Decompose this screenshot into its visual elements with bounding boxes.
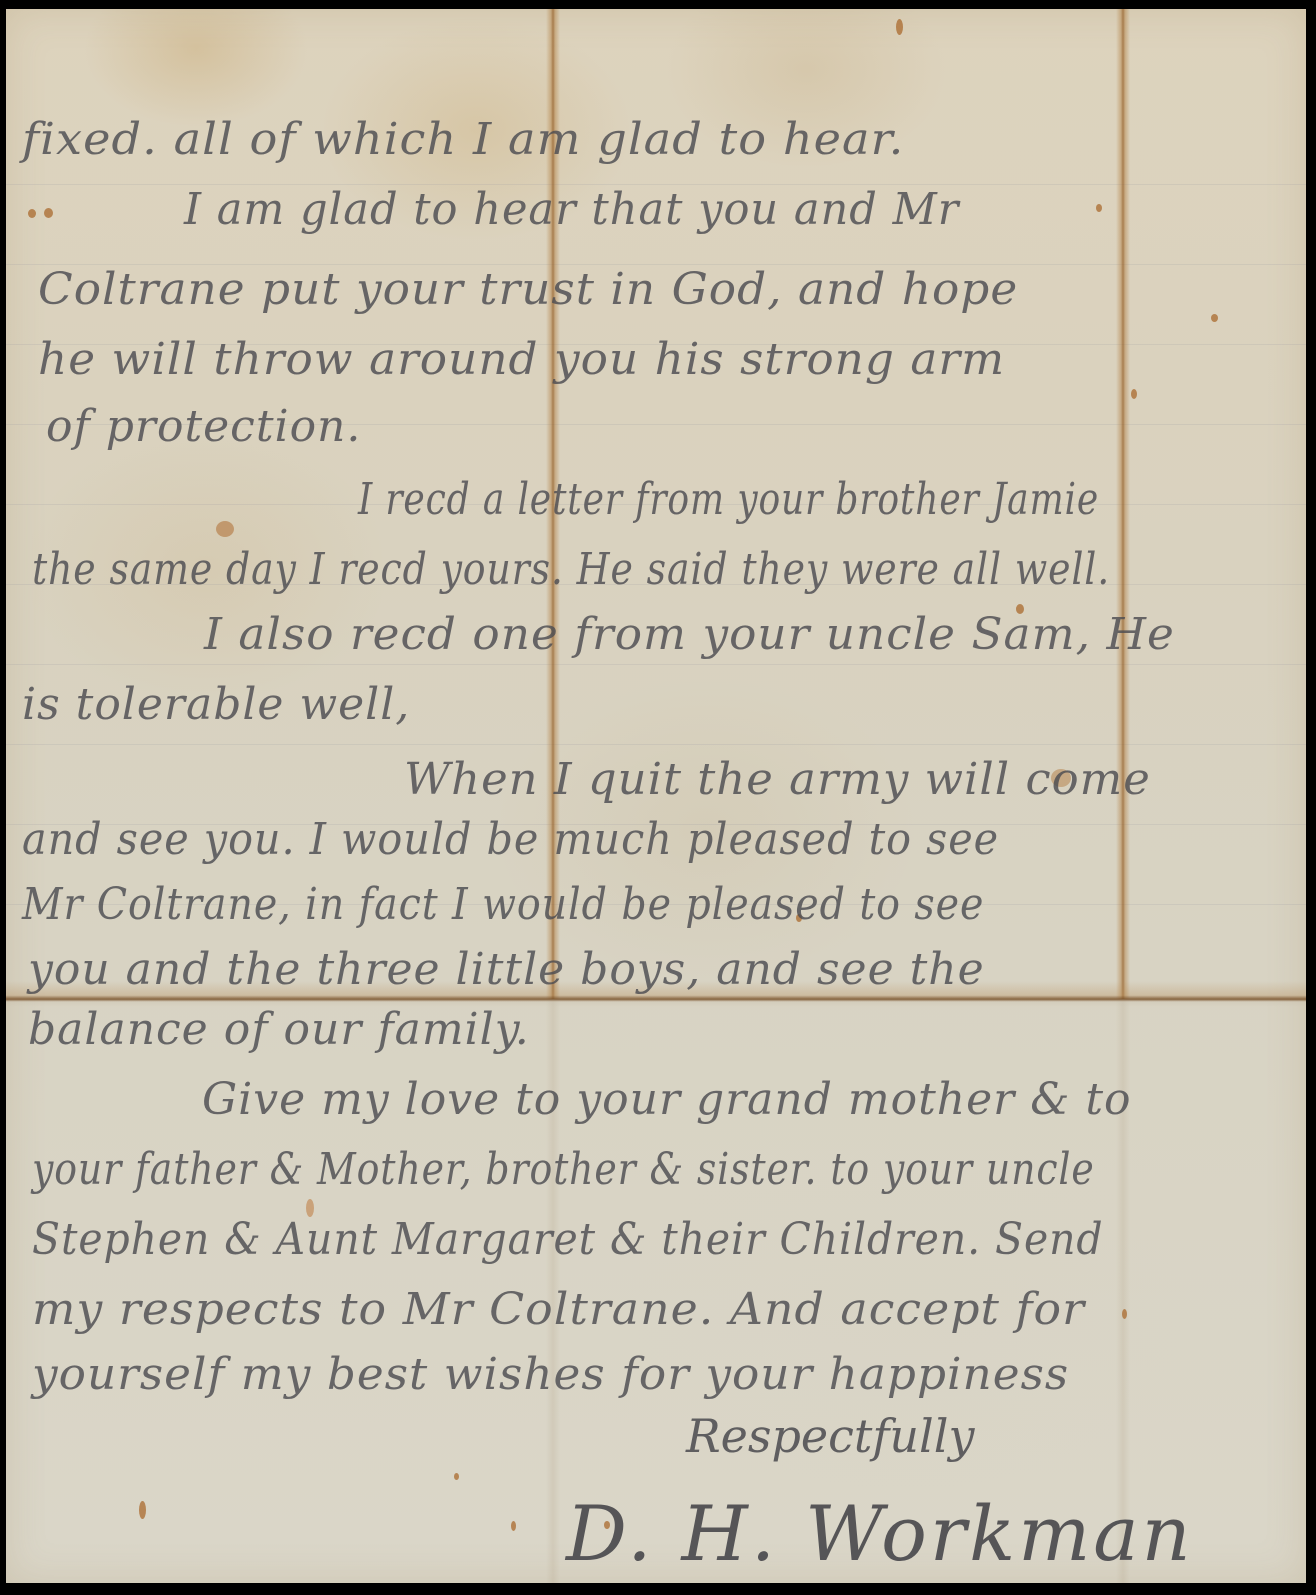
letter-line: he will throw around you his strong arm	[38, 334, 1005, 385]
foxing-stain	[28, 209, 36, 218]
letter-line: When I quit the army will come	[404, 754, 1151, 805]
foxing-stain	[896, 19, 903, 35]
foxing-stain	[1122, 1309, 1127, 1319]
letter-line: Stephen & Aunt Margaret & their Children…	[32, 1214, 1104, 1265]
foxing-stain	[454, 1473, 459, 1480]
letter-line: fixed. all of which I am glad to hear.	[22, 114, 904, 165]
letter-line: you and the three little boys, and see t…	[28, 944, 985, 995]
ruled-line	[6, 744, 1306, 745]
foxing-stain	[511, 1521, 516, 1531]
letter-line: my respects to Mr Coltrane. And accept f…	[32, 1284, 1085, 1335]
foxing-stain	[1211, 314, 1218, 322]
foxing-stain	[1096, 204, 1102, 212]
letter-line: I also recd one from your uncle Sam, He	[204, 609, 1175, 660]
letter-line: Coltrane put your trust in God, and hope	[38, 264, 1018, 315]
letter-closing: Respectfully	[686, 1409, 974, 1463]
letter-page: fixed. all of which I am glad to hear. I…	[6, 9, 1306, 1583]
foxing-stain	[139, 1501, 146, 1519]
letter-line: the same day I recd yours. He said they …	[32, 544, 1110, 595]
letter-signature: D. H. Workman	[566, 1489, 1194, 1578]
foxing-stain	[44, 208, 53, 218]
letter-line: is tolerable well,	[22, 679, 410, 730]
letter-line: balance of our family.	[28, 1004, 530, 1055]
letter-line: Mr Coltrane, in fact I would be pleased …	[22, 879, 984, 930]
letter-line: I recd a letter from your brother Jamie	[358, 474, 1099, 525]
foxing-stain	[1131, 389, 1137, 399]
letter-line: your father & Mother, brother & sister. …	[32, 1144, 1095, 1195]
ruled-line	[6, 664, 1306, 665]
letter-line: Give my love to your grand mother & to	[202, 1074, 1132, 1125]
vertical-fold-right	[1116, 9, 1130, 999]
foxing-stain	[216, 521, 234, 537]
letter-line: of protection.	[46, 401, 361, 452]
letter-line: yourself my best wishes for your happine…	[32, 1349, 1069, 1400]
letter-line: I am glad to hear that you and Mr	[184, 184, 959, 235]
letter-line: and see you. I would be much pleased to …	[22, 814, 999, 865]
